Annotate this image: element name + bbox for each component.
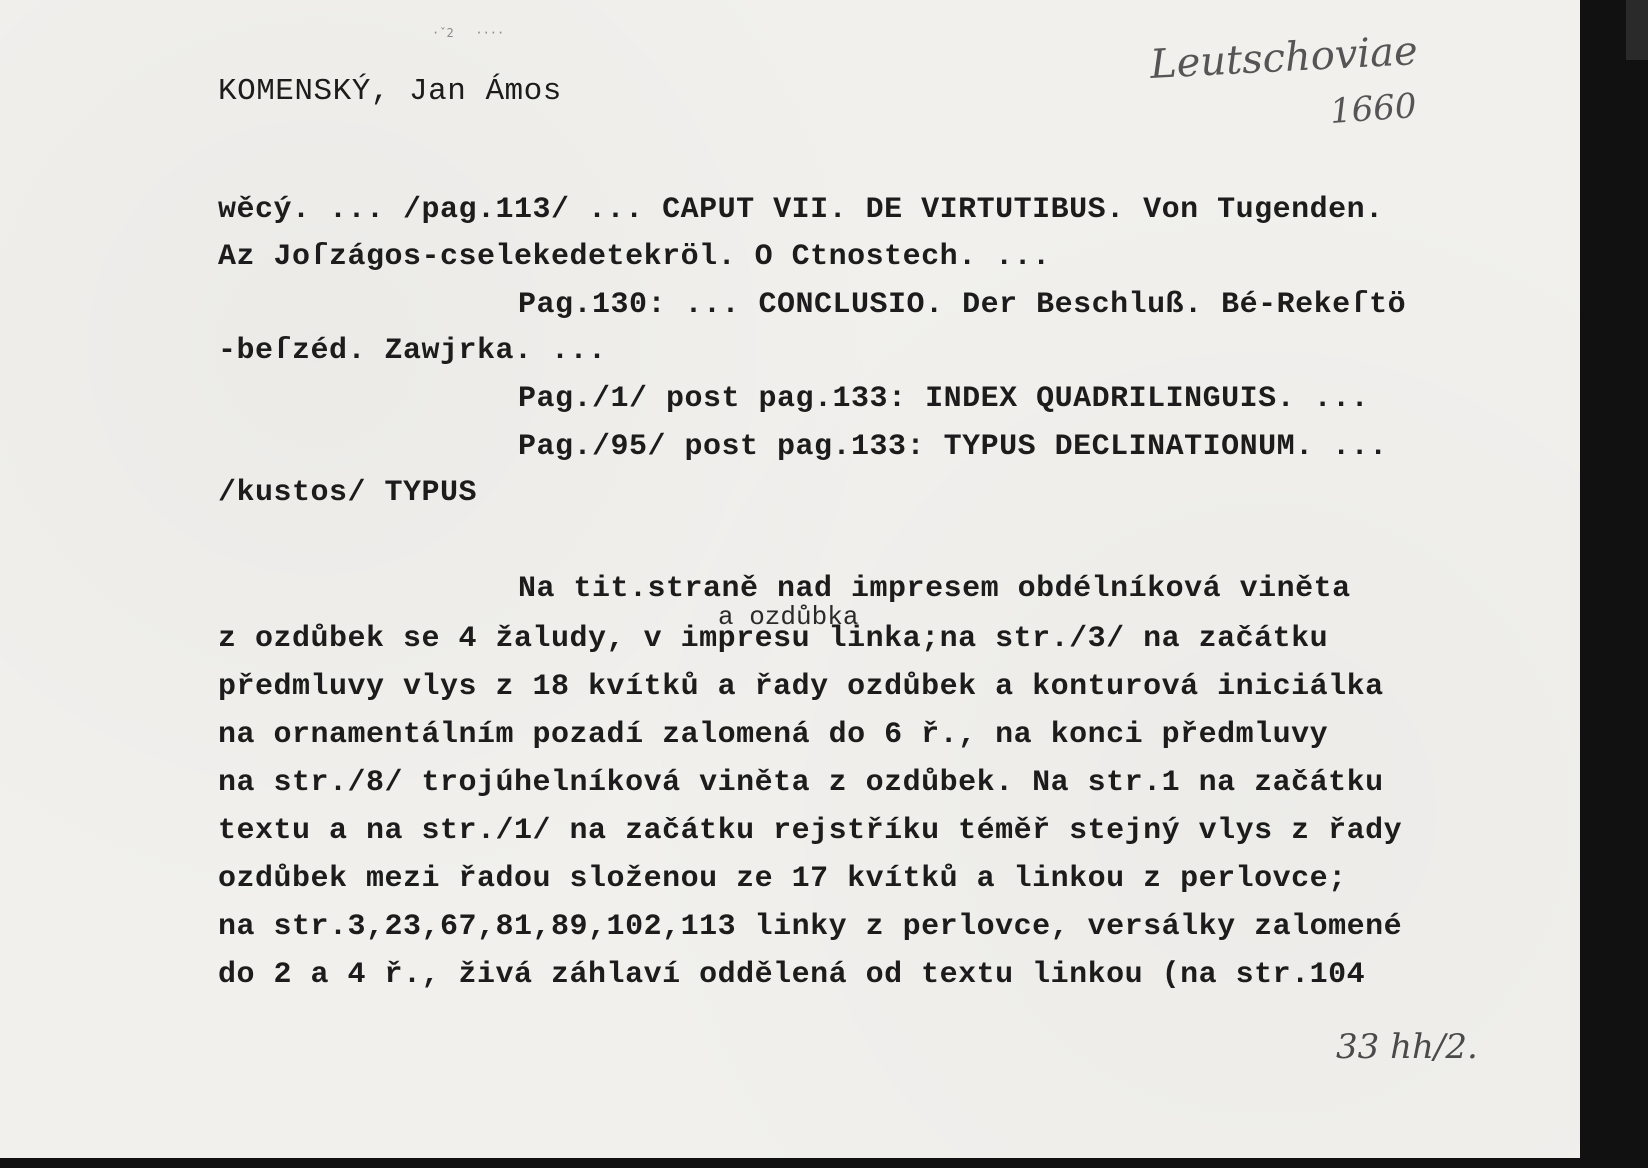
description-line: ozdůbek mezi řadou složenou ze 17 kvítků… [218,864,1347,894]
catalog-card: ·ˇ2 ···· KOMENSKÝ, Jan Ámos Leutschoviae… [0,0,1580,1158]
body-line: Az Joſzágos-cselekedetekröl. O Ctnostech… [218,242,1051,272]
scan-border-bottom [0,1158,1648,1168]
description-line: předmluvy vlys z 18 kvítků a řady ozdůbe… [218,672,1384,702]
scan-border-right [1580,0,1648,1168]
body-line: Pag.130: ... CONCLUSIO. Der Beschluß. Bé… [518,290,1406,320]
body-line: Pag./95/ post pag.133: TYPUS DECLINATION… [518,432,1388,462]
description-line: z ozdůbek se 4 žaludy, v impresu linka;n… [218,624,1328,654]
handwritten-place: Leutschoviae [1149,31,1418,85]
description-line: textu a na str./1/ na začátku rejstříku … [218,816,1402,846]
body-line: -beſzéd. Zawjrka. ... [218,336,607,366]
description-line: do 2 a 4 ř., živá záhlaví oddělená od te… [218,960,1365,990]
body-line: Pag./1/ post pag.133: INDEX QUADRILINGUI… [518,384,1369,414]
body-line: /kustos/ TYPUS [218,478,477,508]
description-line: na str./8/ trojúhelníková viněta z ozdůb… [218,768,1384,798]
scan-border-corner [1626,0,1648,60]
description-line: Na tit.straně nad impresem obdélníková v… [518,574,1351,604]
card-heading-author: KOMENSKÝ, Jan Ámos [218,76,562,107]
handwritten-year: 1660 [1329,89,1418,129]
body-line: wěcý. ... /pag.113/ ... CAPUT VII. DE VI… [218,195,1384,225]
handwritten-shelfmark: 33 hh/2. [1336,1030,1478,1064]
description-line: na ornamentálním pozadí zalomená do 6 ř.… [218,720,1328,750]
description-line: na str.3,23,67,81,89,102,113 linky z per… [218,912,1402,942]
faint-stamp-marks: ·ˇ2 ···· [432,26,504,40]
